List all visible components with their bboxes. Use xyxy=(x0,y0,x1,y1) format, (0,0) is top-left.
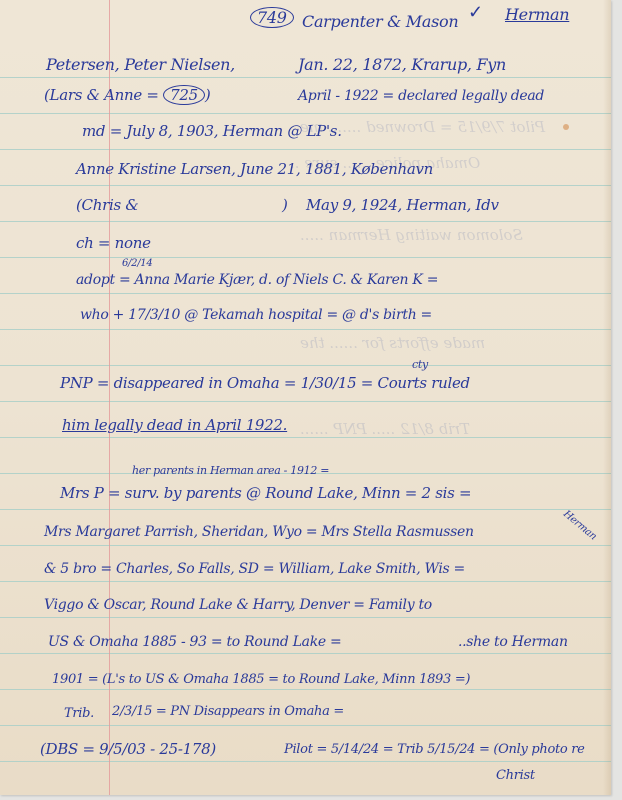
ruled-line xyxy=(0,293,611,294)
spouse-death: May 9, 1924, Herman, Idv xyxy=(306,196,499,214)
subject-death-note: April - 1922 = declared legally dead xyxy=(298,88,544,104)
dbs-entry: (DBS = 9/5/03 - 25-178) xyxy=(40,740,216,758)
adoption-line-2: who + 17/3/10 @ Tekamah hospital = @ d's… xyxy=(80,307,432,323)
subject-parents-text: (Lars & Anne = xyxy=(44,86,159,104)
court-note: cty xyxy=(412,358,428,371)
family-line-6: 1901 = (L's to US & Omaha 1885 = to Roun… xyxy=(52,672,470,687)
bleed-through-text: made efforts for ...... the xyxy=(300,334,485,352)
family-line-4: Viggo & Oscar, Round Lake & Harry, Denve… xyxy=(44,597,432,613)
disappearance-line: PNP = disappeared in Omaha = 1/30/15 = C… xyxy=(60,374,470,392)
record-number-text: 749 xyxy=(250,7,294,28)
adoption-line: adopt = Anna Marie Kjær, d. of Niels C. … xyxy=(76,272,438,288)
ruled-line xyxy=(0,581,611,582)
bleed-through-text: Trib 8/12 ..... PNP ...... xyxy=(300,420,470,438)
record-number: 749 xyxy=(250,8,294,27)
family-line-1: Mrs P = surv. by parents @ Round Lake, M… xyxy=(60,484,471,502)
ruled-line xyxy=(0,221,611,222)
family-line-2-note: Herman xyxy=(561,509,598,543)
bleed-through-text: Solomon waiting Herman ..... xyxy=(300,226,523,244)
family-line-3: & 5 bro = Charles, So Falls, SD = Willia… xyxy=(44,561,465,577)
ruled-line xyxy=(0,149,611,150)
subject-birth: Jan. 22, 1872, Krarup, Fyn xyxy=(298,55,506,74)
town-heading: Herman xyxy=(505,5,569,24)
paper-stain xyxy=(563,124,569,130)
ruled-line xyxy=(0,329,611,330)
ruled-line xyxy=(0,761,611,762)
spouse-parents-close: ) xyxy=(282,196,288,214)
ruled-line xyxy=(0,401,611,402)
family-line-5: US & Omaha 1885 - 93 = to Round Lake = xyxy=(48,634,341,650)
ruled-line xyxy=(0,653,611,654)
ruled-line xyxy=(0,257,611,258)
ruled-line xyxy=(0,725,611,726)
disappearance-line-2: him legally dead in April 1922. xyxy=(62,416,287,434)
disappearance-line-2-text: him legally dead in April 1922. xyxy=(62,416,287,434)
ruled-line xyxy=(0,509,611,510)
occupation: Carpenter & Mason xyxy=(302,12,458,31)
adoption-date: 6/2/14 xyxy=(122,258,152,269)
family-insert-note: her parents in Herman area - 1912 = xyxy=(132,464,329,477)
parents-close: ) xyxy=(205,86,211,104)
ruled-line xyxy=(0,365,611,366)
ruled-line xyxy=(0,185,611,186)
ruled-line xyxy=(0,617,611,618)
subject-parents: (Lars & Anne = 725) xyxy=(44,86,210,104)
subject-name: Petersen, Peter Nielsen, xyxy=(46,55,235,74)
checkmark-icon: ✓ xyxy=(468,2,483,23)
ruled-line xyxy=(0,545,611,546)
ruled-line xyxy=(0,77,611,78)
trib-entry: 2/3/15 = PN Disappears in Omaha = xyxy=(112,704,344,719)
family-line-2: Mrs Margaret Parrish, Sheridan, Wyo = Mr… xyxy=(44,524,474,540)
ledger-page: Pilot 7/9/15 = Drowned ....... me Omaha … xyxy=(0,0,611,795)
parents-ref: 725 xyxy=(163,85,205,105)
family-line-5-tail: ..she to Herman xyxy=(458,634,568,650)
spouse-parents: (Chris & xyxy=(76,196,138,214)
ruled-line xyxy=(0,689,611,690)
trib-label: Trib. xyxy=(64,706,94,721)
pilot-entry: Pilot = 5/14/24 = Trib 5/15/24 = (Only p… xyxy=(284,742,585,757)
ruled-line xyxy=(0,113,611,114)
children-line: ch = none xyxy=(76,234,151,252)
pilot-entry-tail: Christ xyxy=(496,768,535,783)
marriage-line: md = July 8, 1903, Herman @ LP's. xyxy=(82,122,342,140)
spouse-name-birth: Anne Kristine Larsen, June 21, 1881, Køb… xyxy=(76,160,433,178)
